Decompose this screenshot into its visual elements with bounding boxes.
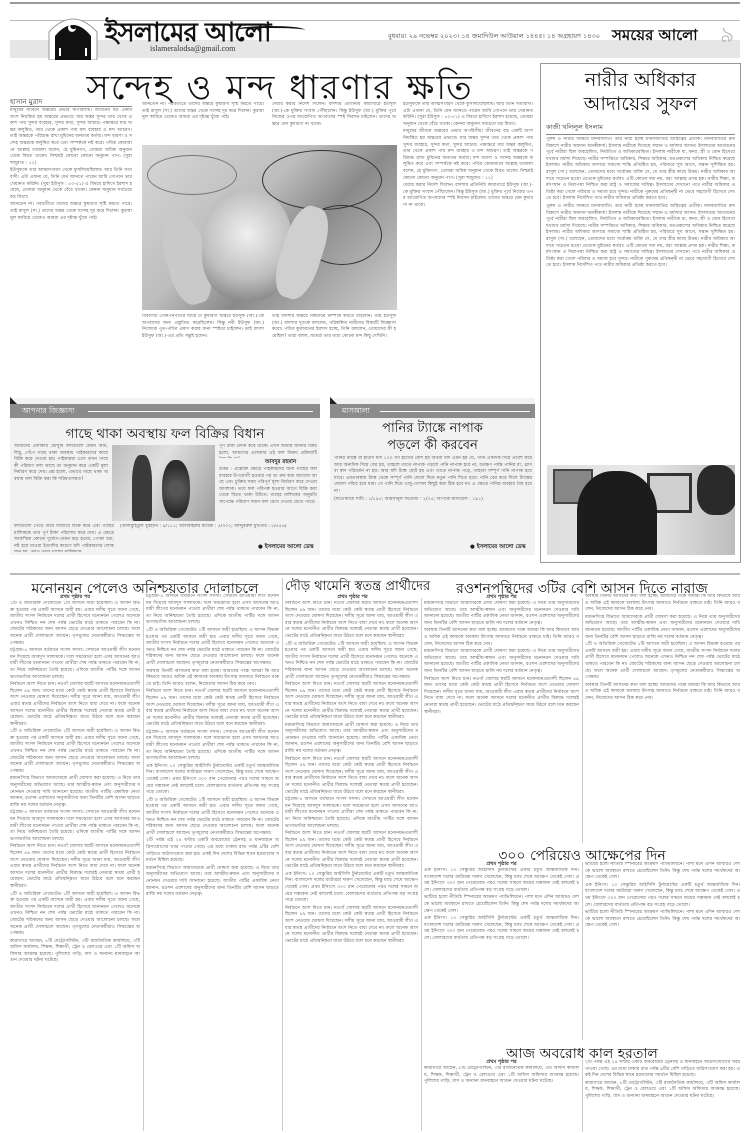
sidebar-body-text-cont: পুরুষ ও নারীর সমন্বয়ে মানবজাতি। তার নার…	[546, 204, 735, 270]
news-1-text: ১টি ও অতিরিক্ত গেজেটেড ১টি আসনে জয়ী হয়…	[146, 798, 279, 838]
lead-photo	[142, 145, 397, 310]
news-1-text: চট্টগ্রাম-৫ আসনে বর্তমানে সংসদ সদস্য। সে…	[146, 594, 279, 627]
column-divider	[421, 598, 422, 1131]
lead-col2-text: জানতেন না। পরবর্তীতে তাদের অন্তরে কুধারণ…	[142, 102, 264, 122]
section-label-rule	[88, 411, 313, 412]
news-4-text: এক ইনিংস। ১০ সেঞ্চুরির আইসিসি টুর্নামেন্…	[585, 883, 740, 909]
news-1-text: চট্টগ্রাম-৫ আসনে বর্তমানে সংসদ সদস্য। সে…	[146, 730, 279, 763]
news-3-text: ১টি ও অতিরিক্ত গেজেটেড ১টি আসনে জয়ী হয়…	[585, 642, 740, 682]
lead-col2-bottom-text: বিবরণটি এখন-নিপতের ঘটির টা কুধারণা অন্তর…	[142, 314, 264, 340]
column-divider	[282, 578, 283, 1131]
qa-question-right-text: পূর্ণ টাকা প্রদান করে থাকে। এখন আমার জান…	[219, 444, 317, 458]
photo-person	[697, 465, 735, 515]
news-1-text: ১টি ও অতিরিক্ত গেজেটেড ১টি আসনে জয়ী হয়…	[10, 729, 140, 775]
qa-section-label-text: আপনার জিজ্ঞাসা	[22, 406, 74, 415]
masala-signature-text: ইসলামের আলো ডেস্ক	[477, 544, 526, 550]
sidebar-photo	[547, 465, 735, 555]
section-divider	[10, 573, 740, 575]
qa-photo	[112, 445, 215, 521]
lead-column-4: ইউসুফকে তার আত্মসংবরণ থেকে ফুসলিয়েছিলাম…	[403, 102, 533, 390]
news-body-3b: অবস্থায় তিনটি আসনের কথা বলা হচ্ছে। আমাদ…	[585, 594, 740, 839]
news-1-text: কারাগারে আছেন, ৮টি মেট্রোপলিটন, ৩টি রাজন…	[10, 939, 140, 965]
news-1-text: ১টি ও অতিরিক্ত গেজেটেড ১টি আসনে জয়ী হয়…	[10, 601, 140, 647]
news-3-text: অবস্থায় তিনটি আসনের কথা বলা হচ্ছে। আমাদ…	[585, 683, 740, 703]
qa-asker: আবদুর রহমান	[265, 459, 296, 467]
masala-signature: ● ইসলামের আলো ডেস্ক	[470, 544, 526, 552]
qa-references: (আলমুহিতুল বুরহানি : ৯/১১১; আলবাহরুর রায…	[120, 524, 317, 538]
news-4-text: ভাটিয়ে হলো নীতিচি স্পিনারের আক্রমণ প্যা…	[585, 862, 740, 882]
qa-question: আমাদের এলাকায় মৌসুমি ফলগুলো যেমন আম, লি…	[14, 444, 108, 522]
column-divider	[143, 598, 144, 1131]
news-3-text: অবস্থায় তিনটি আসনের কথা বলা হচ্ছে। আমাদ…	[424, 628, 579, 648]
lead-column-3-bottom: তাই বাদশার অন্তরে বিষয়টির নিষ্পত্তি করত…	[272, 314, 396, 390]
news-1-text: এক ইনিংস। ১০ সেঞ্চুরির আইসিসি টুর্নামেন্…	[146, 764, 279, 797]
news-1-text: ২টি পর্যন্ত এই ২৪ ঘণ্টার একটি অবরোধের ট্…	[146, 838, 279, 864]
qa-question-tail-text: ফলগুলো পেড়ে নিয়ে বাজারে বিক্রি করে এবং…	[14, 524, 114, 552]
news-body-2: নির্বাচনে অংশ নিতে চান। নওগাঁ জেলার ছয়ট…	[285, 601, 418, 1131]
qa-signature-text: ইসলামের আলো ডেস্ক	[265, 544, 314, 550]
news-1-text: ১টি ও অতিরিক্ত গেজেটেড ১টি আসনে জয়ী হয়…	[146, 628, 279, 668]
sidebar-body: পুরুষ ও নারীর সমন্বয়ে মানবজাতি। তার নার…	[546, 137, 735, 462]
news-2-text: নির্বাচনে অংশ নিতে চান। নওগাঁ জেলার ছয়ট…	[285, 906, 418, 946]
column-divider	[582, 1060, 583, 1132]
news-body-5b: ২টি পর্যন্ত এই ২৪ ঘণ্টার একটি অবরোধের ট্…	[585, 1060, 740, 1132]
mosque-crescent-icon	[45, 10, 101, 60]
masala-headline-line1: পানির ট্যাঙ্কে নাপাক	[330, 420, 535, 437]
newspaper-brand: সময়ের আলো	[612, 24, 698, 49]
news-2-text: ময়মনসিংহ বিভাগে আমাদেরকে প্রার্থী ঘোষণা…	[285, 723, 418, 756]
lead-col1-text-cont2: জানতেন না। পরবর্তীতে তাদের অন্তরে কুধারণ…	[10, 202, 132, 222]
masthead: ইসলামের আলো islameralodsa@gmail.com বুধব…	[0, 0, 750, 58]
masala-body: পানির ট্যাঙ্কে বা হাউস যদি ১০০ বর্গ হাতে…	[334, 456, 532, 541]
news-1-text: নির্বাচনে অংশ নিতে চান। নওগাঁ জেলার ছয়ট…	[10, 682, 140, 728]
lead-col4-text-cont2: দেয়ার করার নির্দেশ দিলেন। বাদশার প্রতিন…	[403, 183, 533, 209]
qa-question-tail: ফলগুলো পেড়ে নিয়ে বাজারে বিক্রি করে এবং…	[14, 524, 114, 552]
news-4-text: এক ইনিংস। ১০ সেঞ্চুরির আইসিসি টুর্নামেন্…	[424, 868, 579, 894]
news-1-text: চট্টগ্রাম-৫ আসনে বর্তমানে সংসদ সদস্য। সে…	[10, 648, 140, 681]
news-3-text: ময়মনসিংহ বিভাগে আমাদেরকে প্রার্থী ঘোষণা…	[424, 601, 579, 627]
news-3-text: ময়মনসিংহ বিভাগে আমাদেরকে প্রার্থী ঘোষণা…	[424, 649, 579, 675]
news-1-text: ময়মনসিংহ বিভাগে আমাদেরকে প্রার্থী ঘোষণা…	[146, 866, 279, 899]
news-2-text: চট্টগ্রাম-৫ আসনে বর্তমানে সংসদ সদস্য। সে…	[285, 797, 418, 830]
column-divider	[582, 862, 583, 1040]
byline-rule	[10, 106, 132, 107]
news-1-text: ময়মনসিংহ বিভাগে আমাদেরকে প্রার্থী ঘোষণা…	[10, 776, 140, 809]
lead-col4-text: ইউসুফকে তার আত্মসংবরণ থেকে ফুসলিয়েছিলাম…	[403, 102, 533, 128]
news-1-text: নির্বাচনে অংশ নিতে চান। নওগাঁ জেলার ছয়ট…	[10, 844, 140, 890]
scribble-decoration	[147, 155, 237, 195]
lead-col3-text: দেয়ার করার নির্দেশ দিলেন। বাদশার প্রতিন…	[272, 102, 396, 128]
qa-answer: উত্তর : প্রশ্নোক্ত ক্ষেত্রে পাইকারদের জন…	[219, 467, 317, 523]
lead-column-3: দেয়ার করার নির্দেশ দিলেন। বাদশার প্রতিন…	[272, 102, 396, 142]
news-5-text: কারাগারে আছেন, ৮টি মেট্রোপলিটন, ৩টি রাজন…	[585, 1081, 740, 1101]
column-divider	[582, 598, 583, 843]
news-body-1a: ১টি ও অতিরিক্ত গেজেটেড ১টি আসনে জয়ী হয়…	[10, 601, 140, 1131]
contact-email[interactable]: islameralodsa@gmail.com	[150, 44, 235, 53]
masala-body-text: পানির ট্যাঙ্কে বা হাউস যদি ১০০ বর্গ হাতে…	[334, 456, 532, 496]
qa-answer-text: উত্তর : প্রশ্নোক্ত ক্ষেত্রে পাইকারদের জন…	[219, 467, 317, 507]
sidebar-headline-line1: নারীর অধিকার	[540, 68, 741, 92]
news-1-text: চট্টগ্রাম-৫ আসনে বর্তমানে সংসদ সদস্য। সে…	[10, 810, 140, 843]
section-label-rule	[380, 411, 530, 412]
sidebar-body-text: পুরুষ ও নারীর সমন্বয়ে মানবজাতি। তার নার…	[546, 137, 735, 203]
masala-section-label-text: মাসআলা	[342, 406, 370, 415]
masala-headline: পানির ট্যাঙ্কে নাপাক পড়লে কী করবেন	[330, 420, 535, 454]
lead-column-2: জানতেন না। পরবর্তীতে তাদের অন্তরে কুধারণ…	[142, 102, 264, 142]
news-body-4b: ভাটিয়ে হলো নীতিচি স্পিনারের আক্রমণ প্যা…	[585, 862, 740, 1040]
photo-papaya-bunch	[162, 460, 190, 518]
qa-question-right: পূর্ণ টাকা প্রদান করে থাকে। এখন আমার জান…	[219, 444, 317, 458]
news-body-1b: চট্টগ্রাম-৫ আসনে বর্তমানে সংসদ সদস্য। সে…	[146, 594, 279, 1131]
news-2-text: এক ইনিংস। ১০ সেঞ্চুরির আইসিসি টুর্নামেন্…	[285, 872, 418, 905]
lead-col1-text: মানুষের জীবনে অন্তরের প্রভাব অপরিসীম। জী…	[10, 108, 132, 167]
news-2-text: নির্বাচনে অংশ নিতে চান। নওগাঁ জেলার ছয়ট…	[285, 757, 418, 797]
news-body-3a: ময়মনসিংহ বিভাগে আমাদেরকে প্রার্থী ঘোষণা…	[424, 601, 579, 841]
qa-references-text: (আলমুহিতুল বুরহানি : ৯/১১১; আলবাহরুর রায…	[120, 524, 317, 531]
news-5-text: কারাগারে আছেন, ৮টি মেট্রোপলিটন, ৩টি রাজন…	[424, 1066, 579, 1086]
news-2-text: নির্বাচনে অংশ নিতে চান। নওগাঁ জেলার ছয়ট…	[285, 831, 418, 871]
sidebar-headline: নারীর অধিকার আদায়ের সুফল	[540, 68, 741, 116]
news-2-text: ১টি ও অতিরিক্ত গেজেটেড ১টি আসনে জয়ী হয়…	[285, 642, 418, 682]
qa-headline: গাছে থাকা অবস্থায় ফল বিক্রির বিধান	[10, 423, 320, 446]
lead-col4-text-cont: মানুষের জীবনে অন্তরের প্রভাব অপরিসীম। জী…	[403, 129, 533, 182]
qa-question-text: আমাদের এলাকায় মৌসুমি ফলগুলো যেমন আম, লি…	[14, 444, 108, 484]
news-3-text: অবস্থায় তিনটি আসনের কথা বলা হচ্ছে। আমাদ…	[585, 594, 740, 614]
news-3-text: ময়মনসিংহ বিভাগে আমাদেরকে প্রার্থী ঘোষণা…	[585, 615, 740, 641]
page-number: ৯	[720, 18, 734, 55]
news-body-4a: এক ইনিংস। ১০ সেঞ্চুরির আইসিসি টুর্নামেন্…	[424, 868, 579, 1040]
lead-col3-bottom-text: তাই বাদশার অন্তরে বিষয়টির নিষ্পত্তি করত…	[272, 314, 396, 340]
sidebar-rule	[546, 134, 735, 135]
photo-person	[132, 455, 152, 521]
masala-references-text: (ফতোয়ায়ে শামি : ১/১৯৫; আহসানুল ফতোয়া …	[334, 497, 532, 504]
news-4-text: ভাটিয়ে হলো নীতিচি স্পিনারের আক্রমণ প্যা…	[424, 895, 579, 915]
news-4-text: এক ইনিংস। ১০ সেঞ্চুরির আইসিসি টুর্নামেন্…	[424, 916, 579, 942]
news-5-text: ২টি পর্যন্ত এই ২৪ ঘণ্টার একটি অবরোধের ট্…	[585, 1060, 740, 1080]
news-3-text: নির্বাচনে অংশ নিতে চান। নওগাঁ জেলার ছয়ট…	[424, 677, 579, 717]
news-body-5a: কারাগারে আছেন, ৮টি মেট্রোপলিটন, ৩টি রাজন…	[424, 1066, 579, 1132]
lead-column-1: মানুষের জীবনে অন্তরের প্রভাব অপরিসীম। জী…	[10, 108, 132, 390]
news-1-text: অবস্থায় তিনটি আসনের কথা বলা হচ্ছে। আমাদ…	[146, 669, 279, 689]
title-flourish	[235, 26, 305, 34]
news-2-text: নির্বাচনে অংশ নিতে চান। নওগাঁ জেলার ছয়ট…	[285, 682, 418, 722]
lead-col1-text-cont: ইউসুফকে তার আত্মসংবরণ থেকে ফুসলিয়েছিলাম…	[10, 168, 132, 201]
news-1-text: নির্বাচনে অংশ নিতে চান। নওগাঁ জেলার ছয়ট…	[146, 689, 279, 729]
news-1-text: ১টি ও অতিরিক্ত গেজেটেড ১টি আসনে জয়ী হয়…	[10, 892, 140, 938]
masala-headline-line2: পড়লে কী করবেন	[330, 437, 535, 454]
qa-signature: ● ইসলামের আলো ডেস্ক	[258, 544, 314, 552]
date-line: বুধবার। ২৯ নভেম্বর ২০২৩। ১৪ জমাদিউল আউয়…	[388, 31, 600, 42]
scribble-decoration	[262, 150, 382, 210]
news-2-text: নির্বাচনে অংশ নিতে চান। নওগাঁ জেলার ছয়ট…	[285, 601, 418, 641]
lead-column-2-bottom: বিবরণটি এখন-নিপতের ঘটির টা কুধারণা অন্তর…	[142, 314, 264, 390]
photo-person	[577, 471, 657, 555]
sidebar-headline-line2: আদায়ের সুফল	[540, 92, 741, 116]
news-4-text: ভাটিয়ে হলো নীতিচি স্পিনারের আক্রমণ প্যা…	[585, 910, 740, 930]
sidebar-author: কাজী খলিলুল ইসলাম	[546, 122, 603, 133]
